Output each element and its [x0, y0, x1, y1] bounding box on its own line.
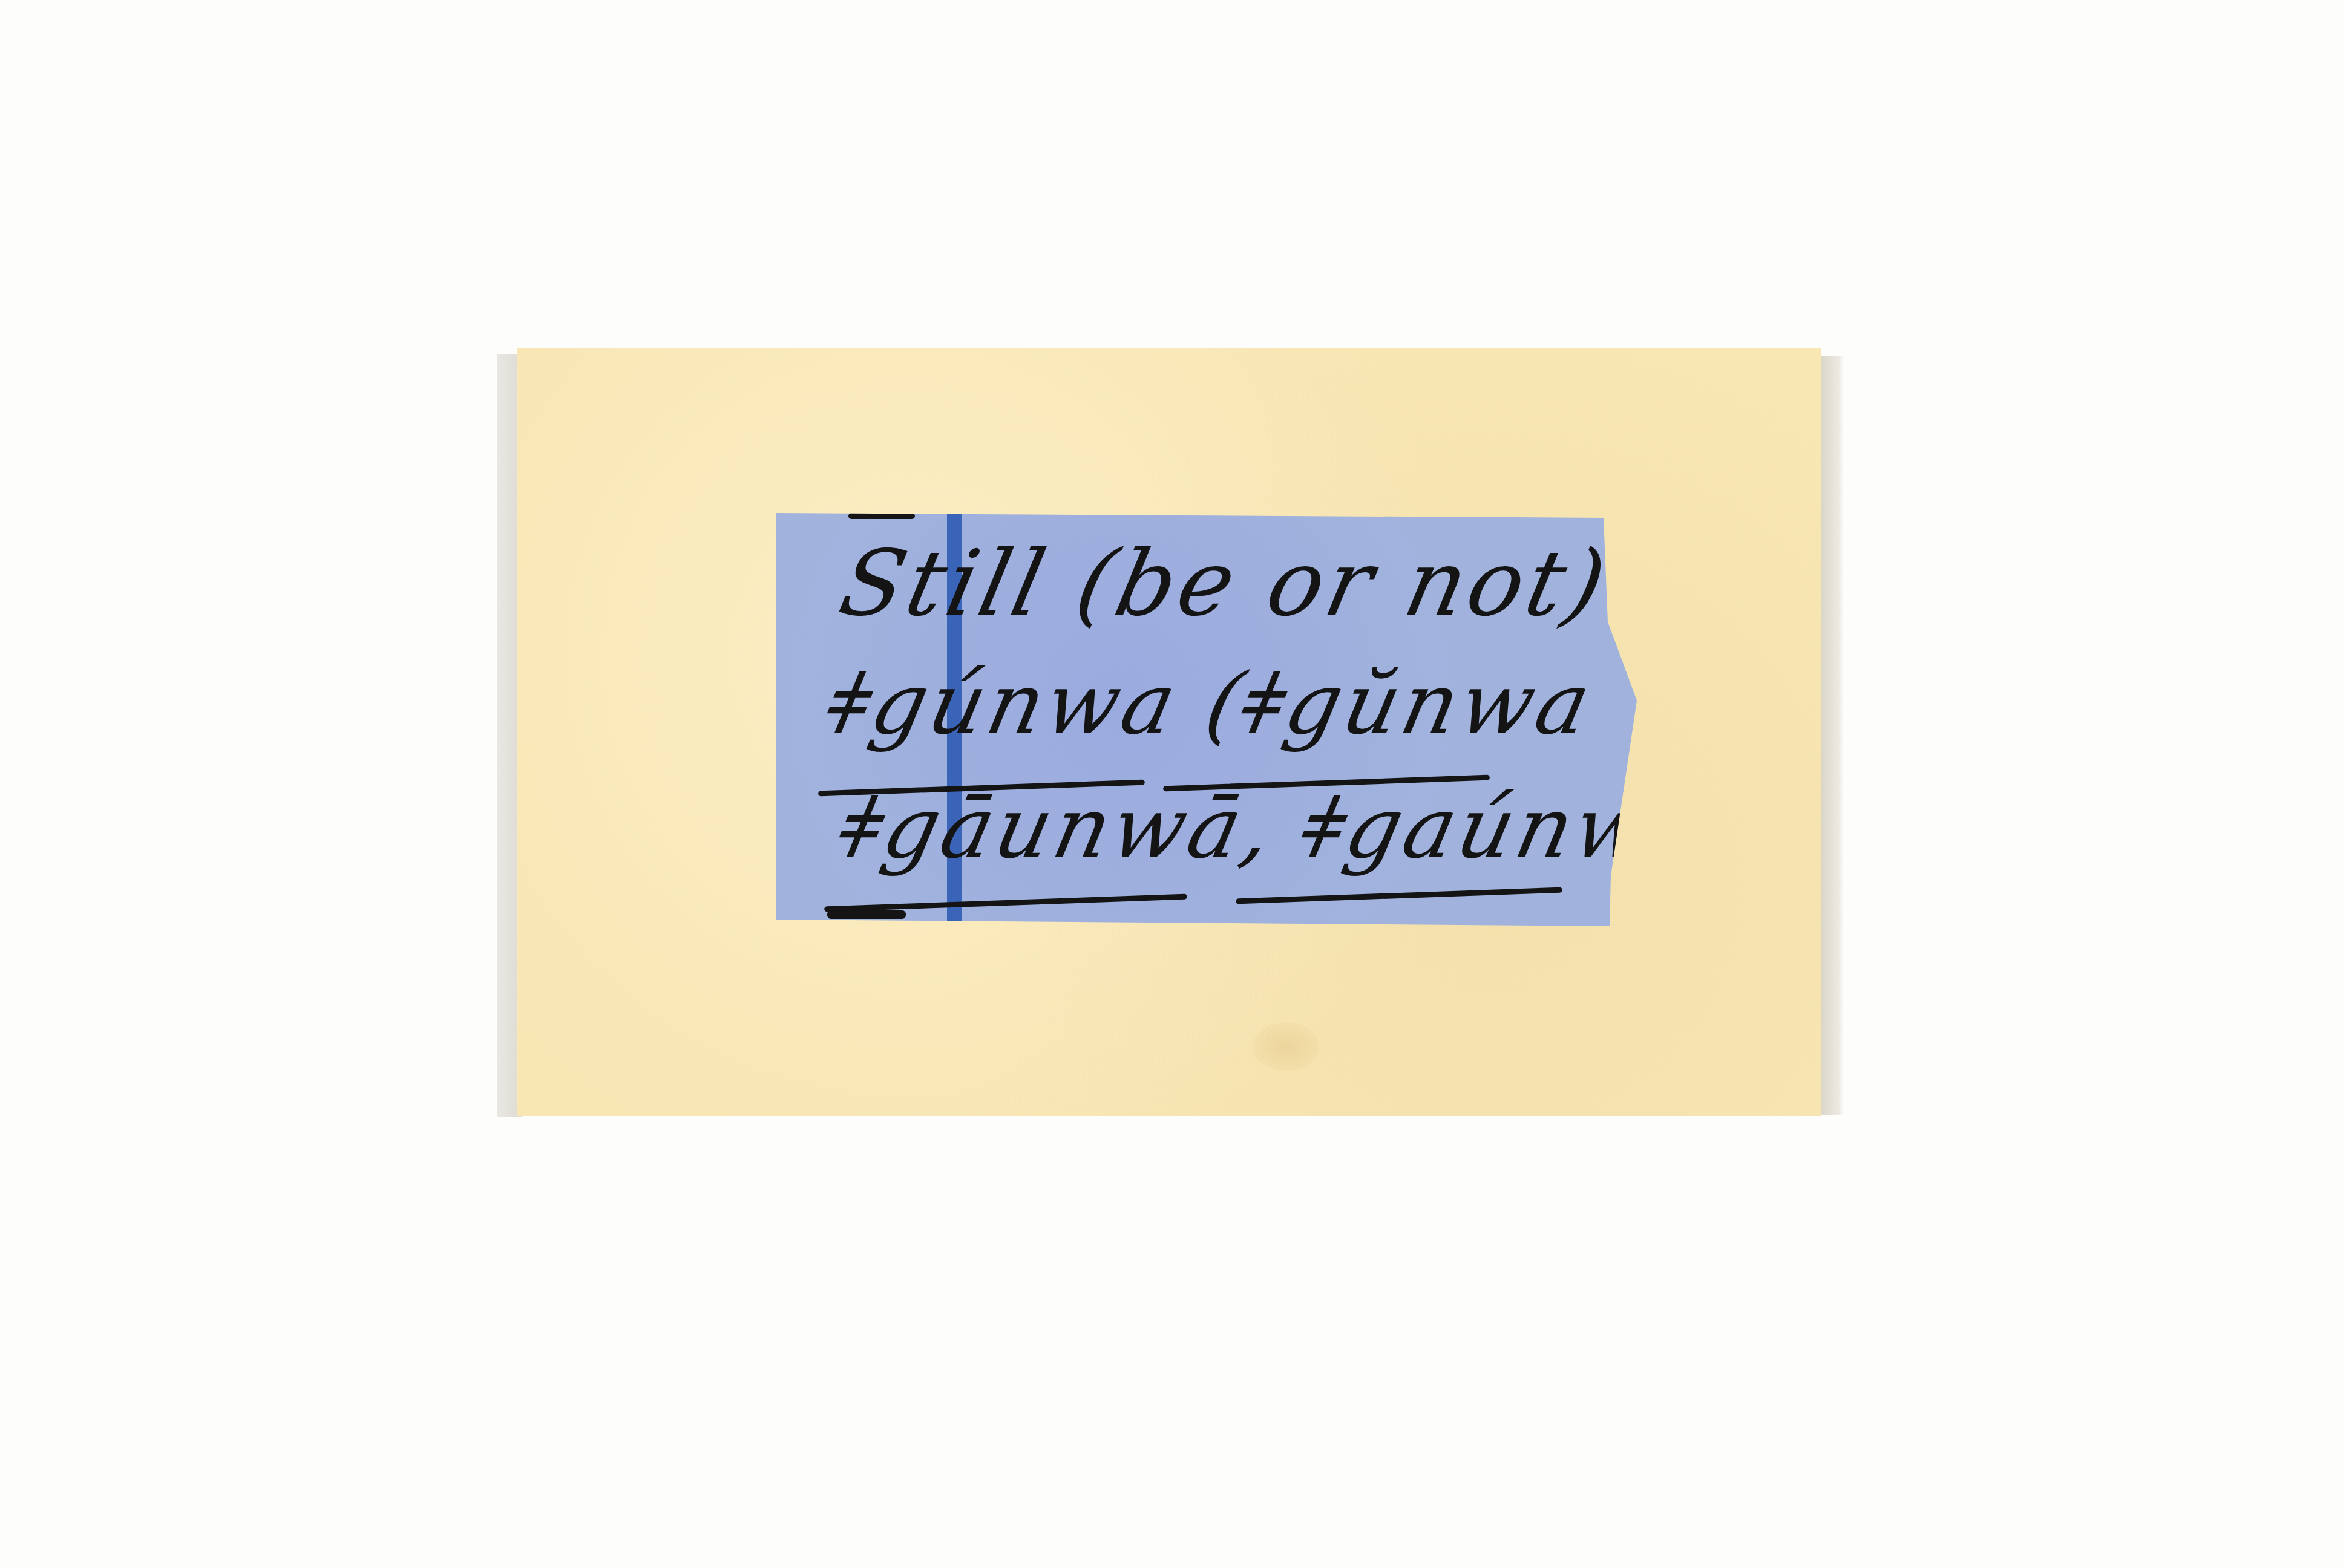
ink-mark-bottom: [827, 910, 906, 919]
ink-mark-top: [848, 513, 915, 519]
underline-line-3b: [1236, 887, 1562, 904]
handwritten-line-1: Still (be or not): [831, 531, 1618, 636]
underline-line-3a: [824, 894, 1187, 912]
handwritten-line-2: ǂgúnwa (ǂgŭnwa: [820, 655, 1602, 754]
blue-note-slip: Still (be or not) ǂgúnwa (ǂgŭnwa ǂgāunwā…: [776, 513, 1638, 927]
paper-stain: [1253, 1022, 1319, 1071]
card-shadow-right: [1818, 356, 1844, 1115]
